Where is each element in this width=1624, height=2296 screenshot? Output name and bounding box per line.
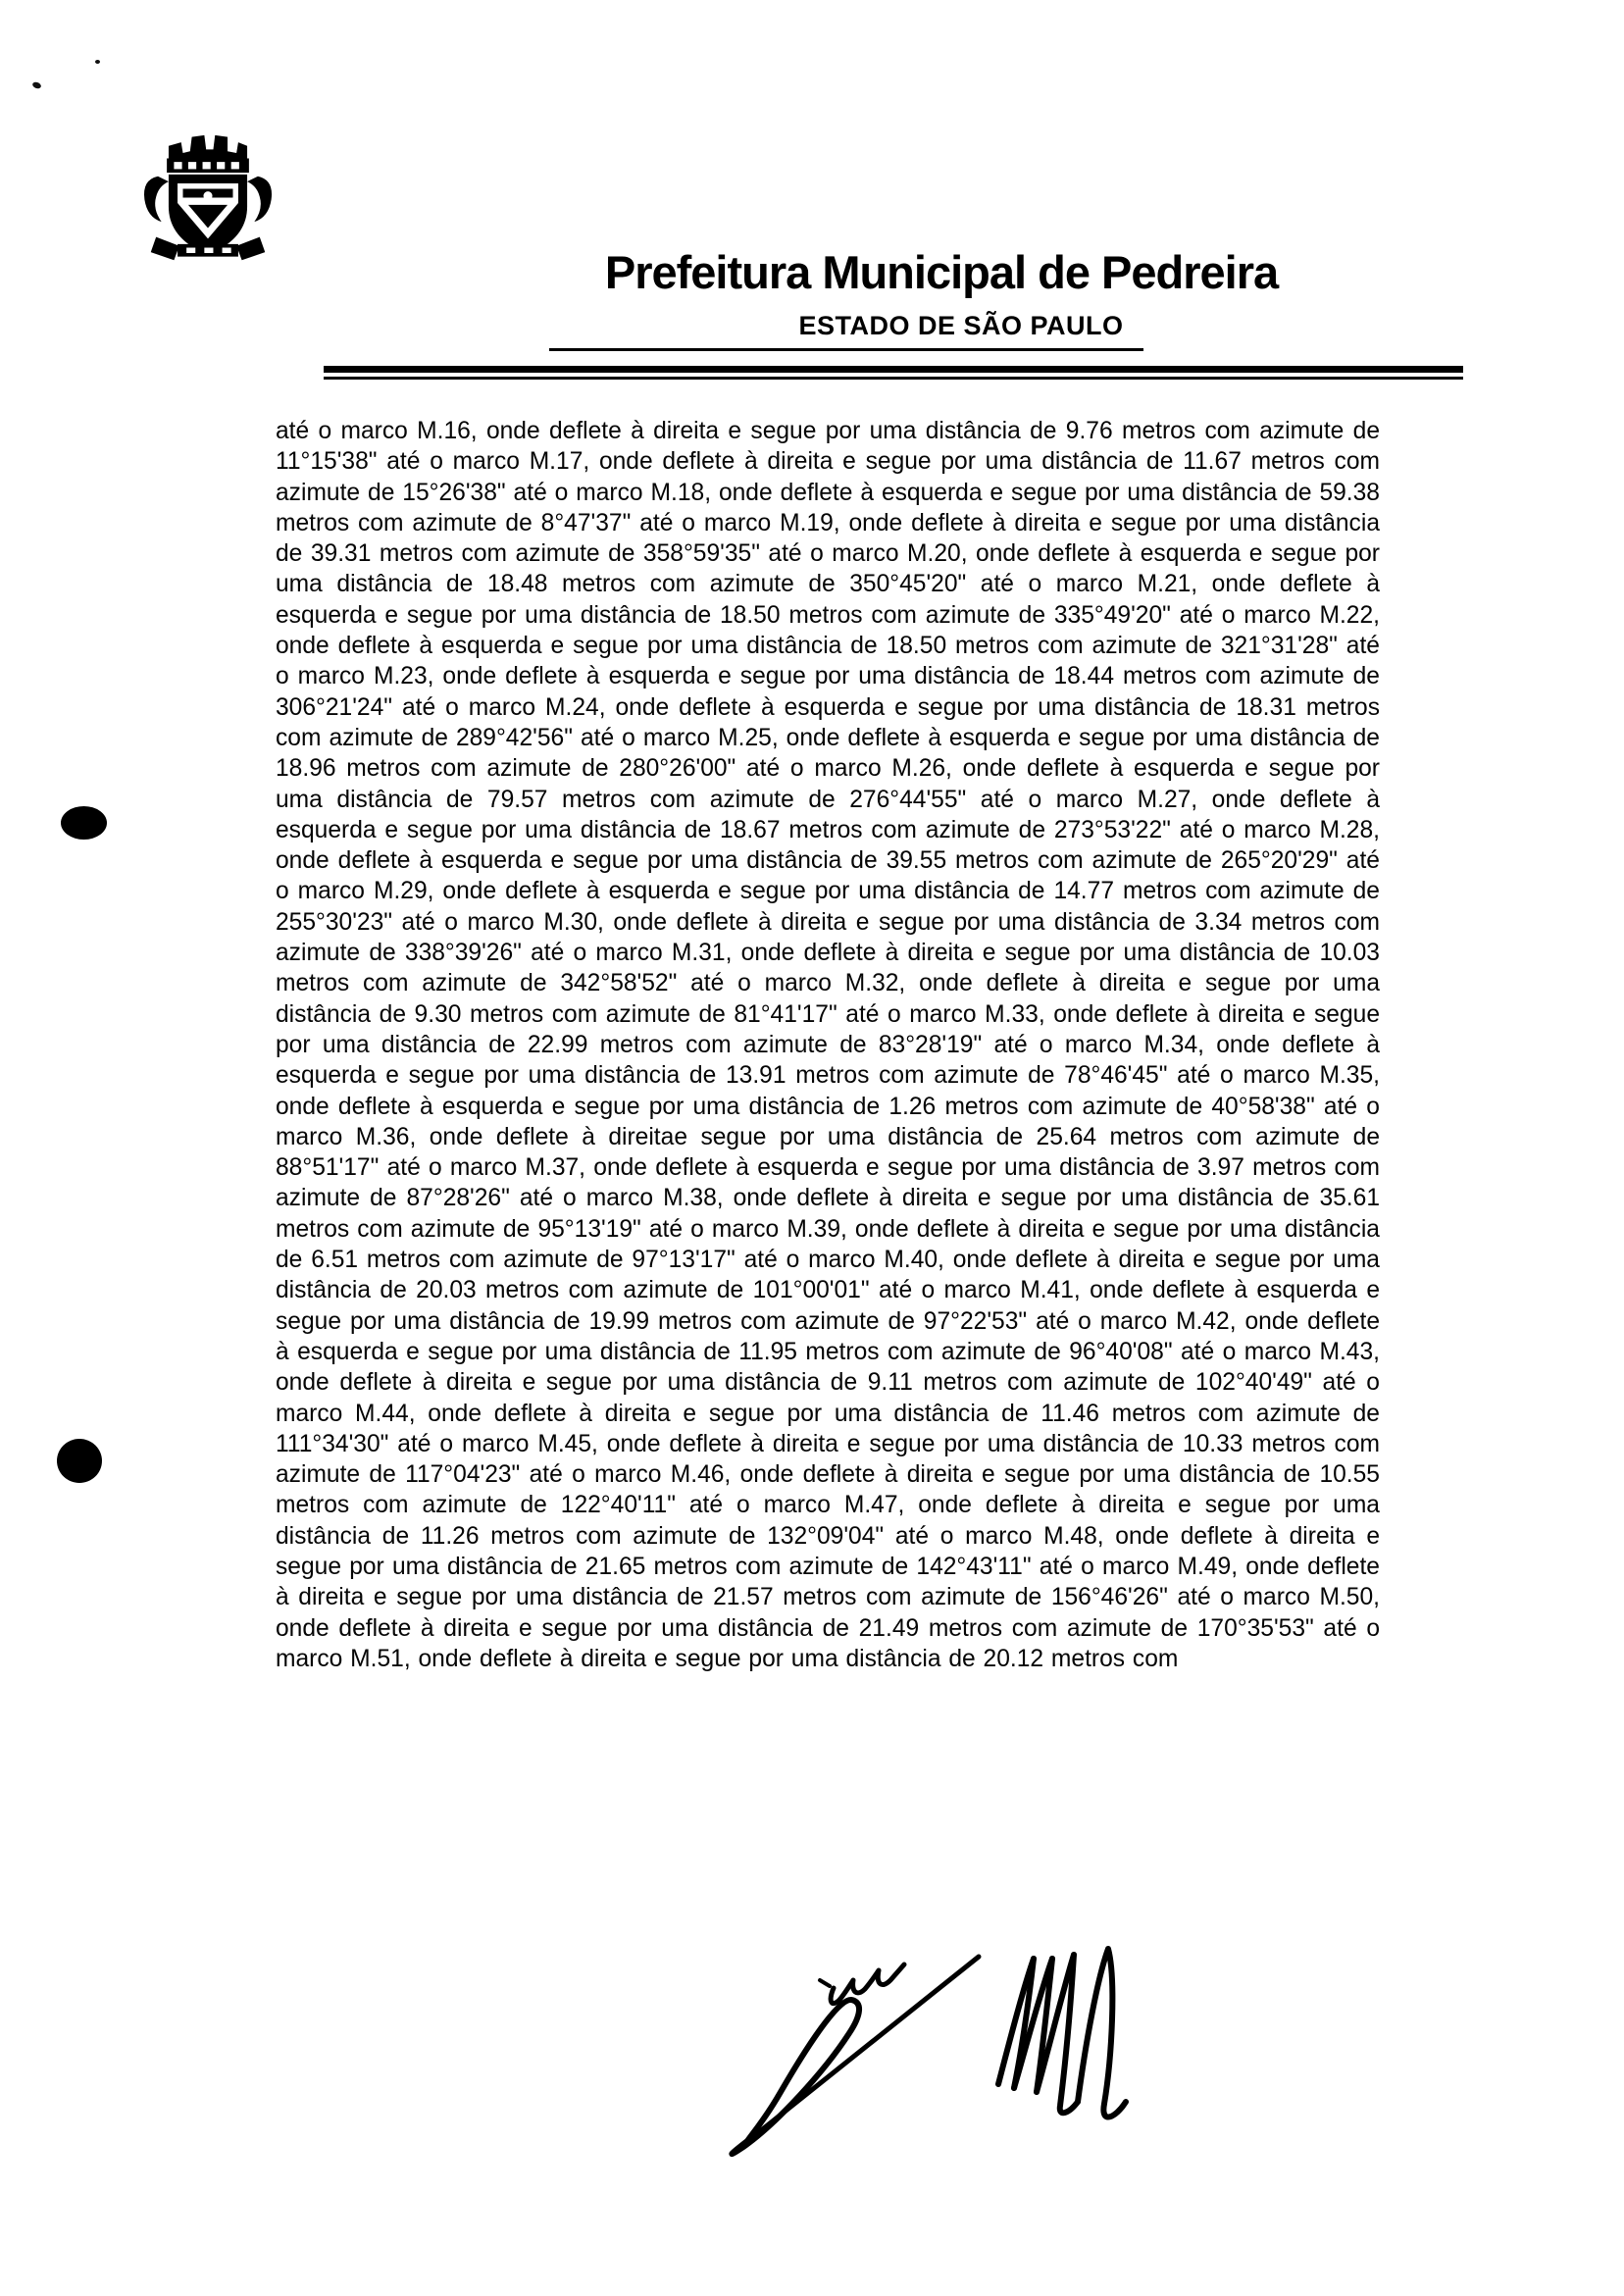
property-boundary-description: até o marco M.16, onde deflete à direita… — [276, 416, 1380, 1674]
scan-speck — [95, 60, 100, 64]
hole-punch-mark — [57, 1439, 102, 1483]
letterhead-subtitle: ESTADO DE SÃO PAULO — [373, 311, 1549, 341]
hole-punch-mark — [61, 806, 107, 840]
scanned-document-page: Prefeitura Municipal de Pedreira ESTADO … — [0, 0, 1624, 2296]
letterhead-title: Prefeitura Municipal de Pedreira — [304, 245, 1579, 299]
scan-speck — [31, 81, 42, 90]
letterhead-rule-thick — [324, 366, 1463, 373]
signature-right-icon — [998, 1949, 1126, 2117]
signatures-block — [686, 1927, 1177, 2182]
subtitle-underline-rule — [549, 348, 1143, 351]
signature-left-icon — [732, 1957, 979, 2154]
letterhead-rule-thin — [324, 377, 1463, 380]
coat-of-arms-icon — [135, 133, 280, 263]
